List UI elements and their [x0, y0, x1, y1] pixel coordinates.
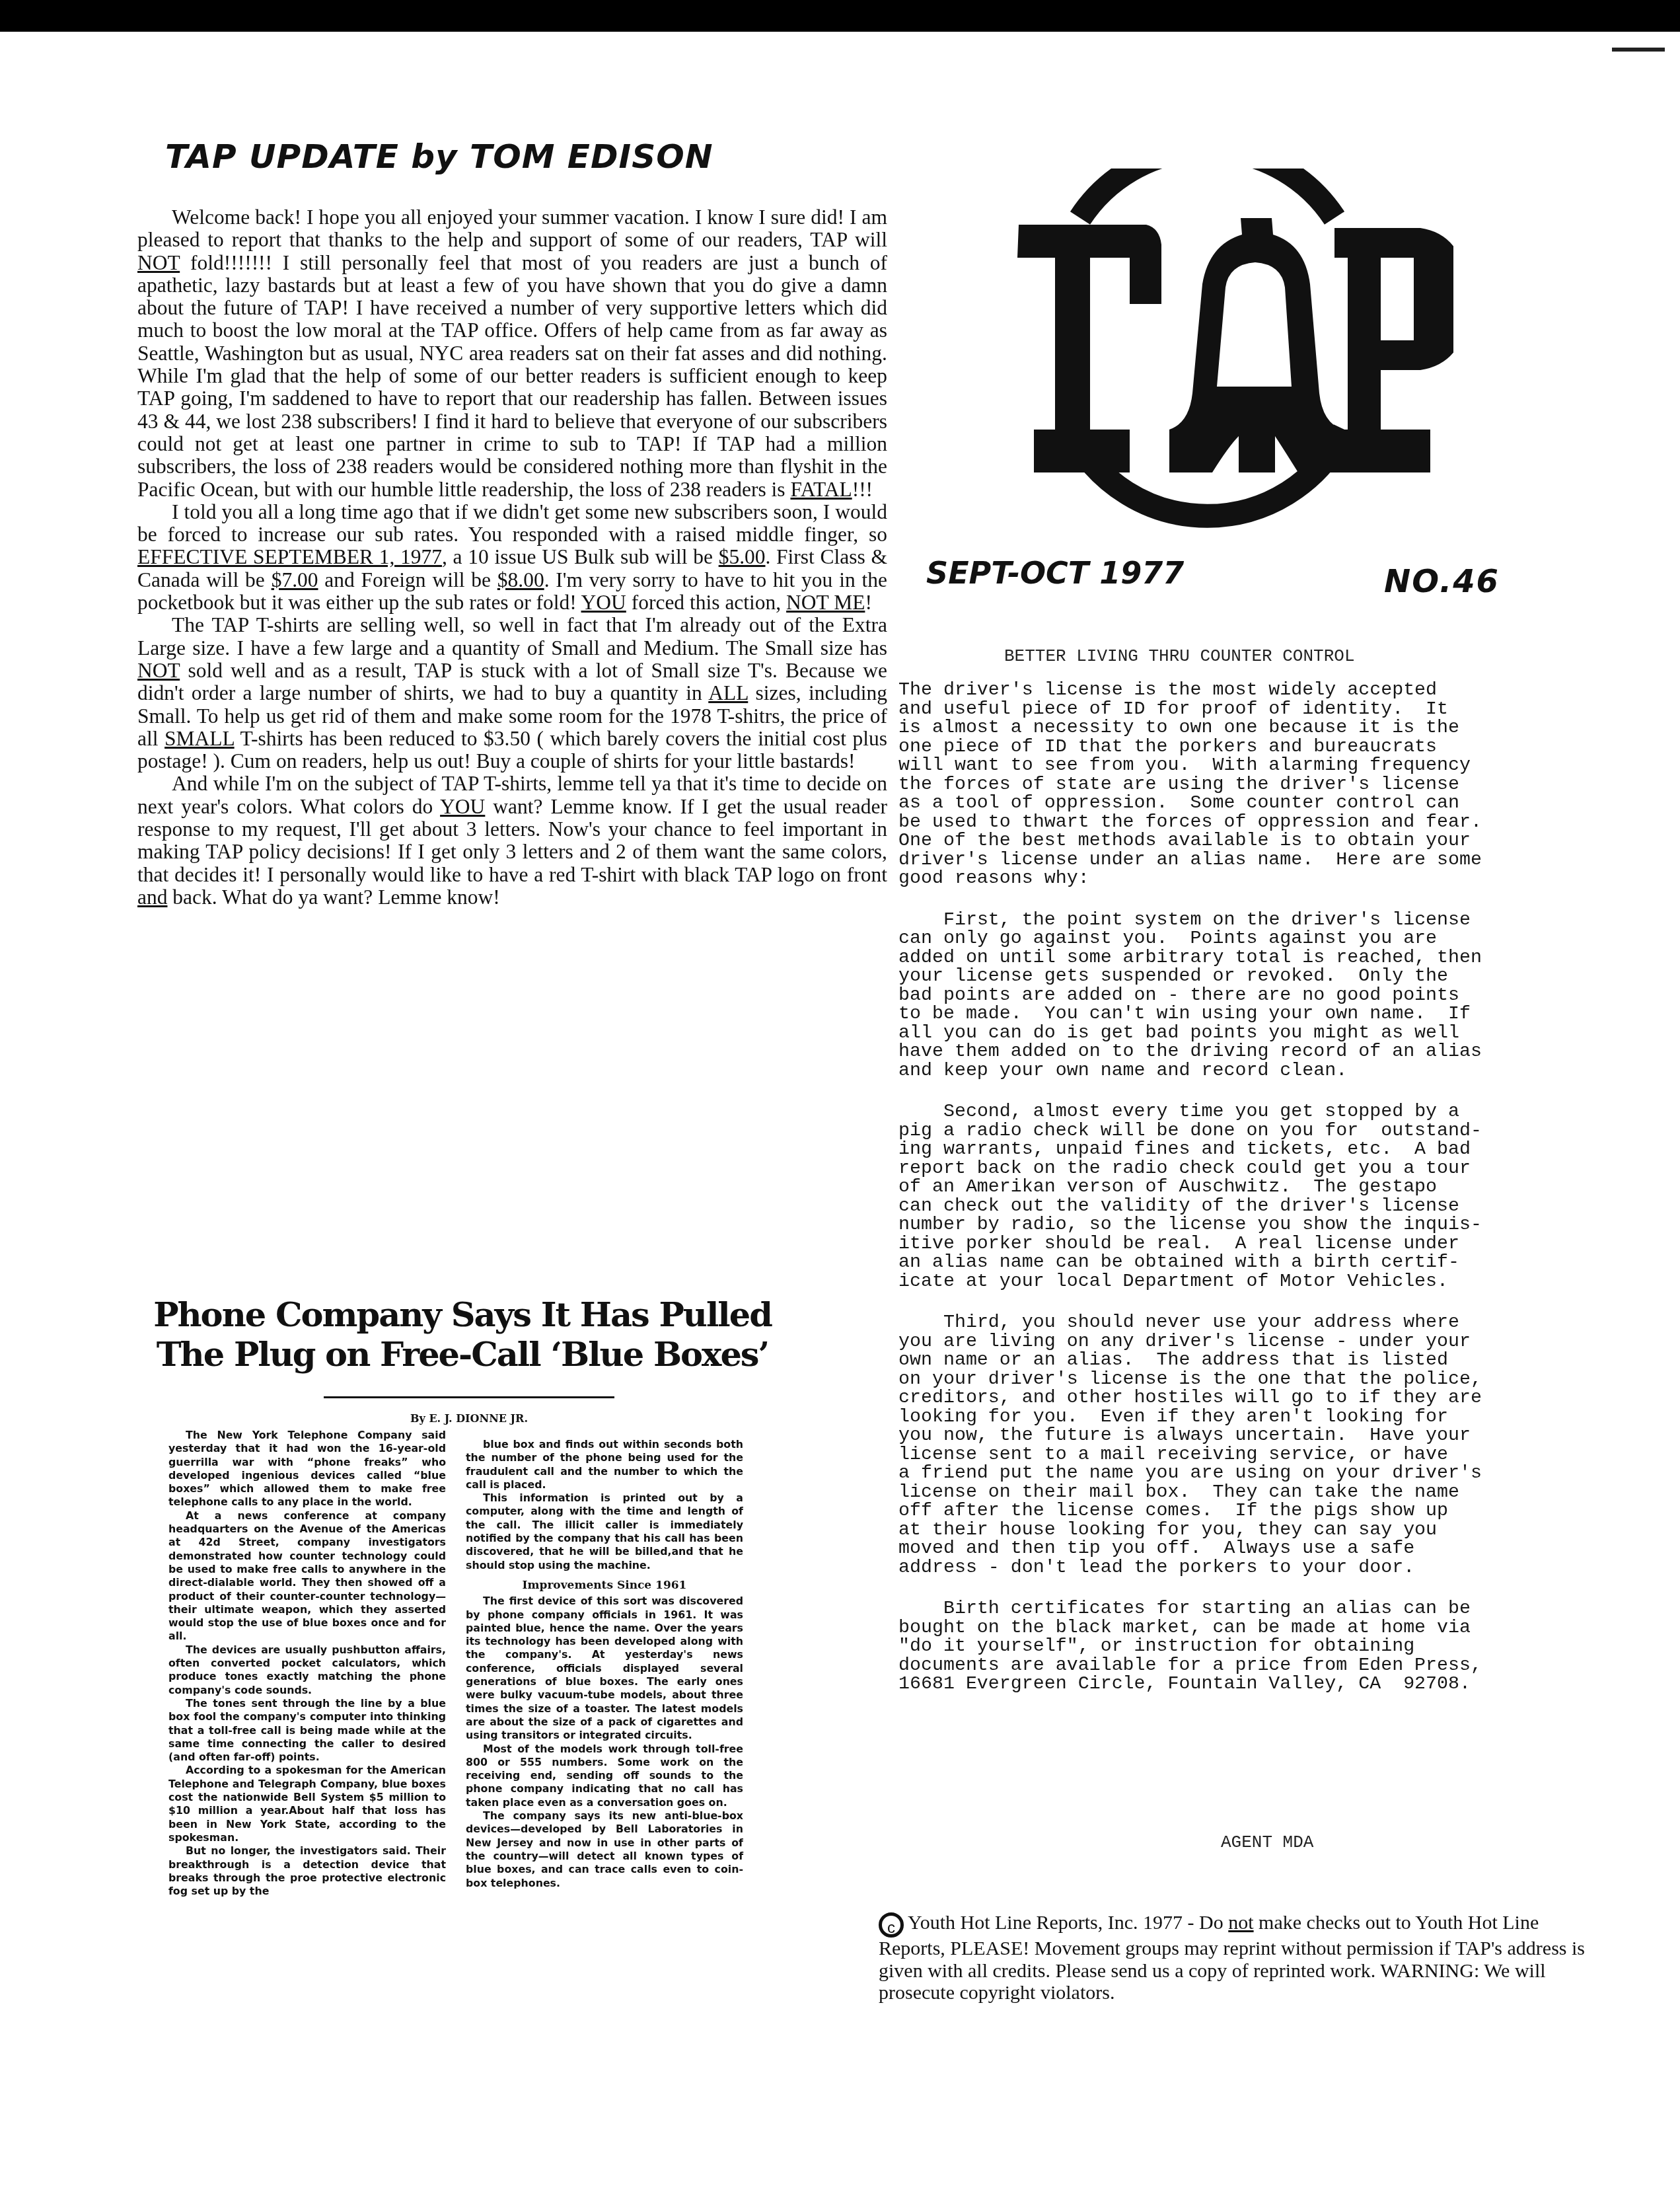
underlined-text: $5.00: [719, 545, 766, 568]
clipping-column-left: The New York Telephone Company said yest…: [168, 1429, 446, 1898]
clipping-headline: Phone Company Says It Has Pulled The Plu…: [152, 1295, 773, 1375]
underlined-text: EFFECTIVE SEPTEMBER 1, 1977: [137, 545, 442, 568]
underlined-text: $7.00: [272, 568, 318, 591]
scan-mark: [1612, 48, 1665, 52]
article-paragraph: Birth certificates for starting an alias…: [898, 1599, 1625, 1694]
clipping-paragraph: This information is printed out by a com…: [466, 1491, 743, 1572]
underlined-text: NOT ME: [786, 591, 865, 614]
underlined-text: SMALL: [164, 727, 235, 750]
underlined-text: NOT: [137, 251, 180, 274]
underlined-text: $8.00: [497, 568, 544, 591]
issue-date: SEPT-OCT 1977: [926, 555, 1184, 591]
paragraph-gap: [898, 1080, 1625, 1102]
clipping-subhead: Improvements Since 1961: [466, 1579, 743, 1592]
clipping-rule: [324, 1396, 614, 1398]
paragraph-gap: [898, 1291, 1625, 1313]
clipping-paragraph: But no longer, the investigators said. T…: [168, 1844, 446, 1898]
article-title: BETTER LIVING THRU COUNTER CONTROL: [1004, 646, 1533, 666]
copyright-icon: c: [879, 1912, 904, 1938]
bell-in-circle-logo-icon: [991, 169, 1453, 565]
clipping-paragraph: The first device of this sort was discov…: [466, 1595, 743, 1742]
article-paragraph: Third, you should never use your address…: [898, 1313, 1625, 1577]
underlined-text: not: [1228, 1912, 1253, 1934]
article-paragraph: First, the point system on the driver's …: [898, 911, 1625, 1080]
update-paragraph: Welcome back! I hope you all enjoyed you…: [137, 206, 887, 501]
update-paragraph: The TAP T-shirts are selling well, so we…: [137, 614, 887, 773]
article-signature: AGENT MDA: [1221, 1832, 1313, 1852]
underlined-text: YOU: [581, 591, 626, 614]
article-paragraph: Second, almost every time you get stoppe…: [898, 1102, 1625, 1291]
update-paragraph: And while I'm on the subject of TAP T-sh…: [137, 773, 887, 909]
update-title: TAP UPDATE by TOM EDISON: [165, 137, 760, 176]
copyright-text: cYouth Hot Line Reports, Inc. 1977 - Do …: [879, 1912, 1592, 2004]
paragraph-gap: [898, 888, 1625, 911]
issue-number: NO.46: [1384, 563, 1500, 600]
copyright-notice: cYouth Hot Line Reports, Inc. 1977 - Do …: [879, 1912, 1592, 2004]
update-paragraph: I told you all a long time ago that if w…: [137, 501, 887, 614]
article-body: The driver's license is the most widely …: [898, 681, 1625, 1694]
clipping-headline-line2: The Plug on Free-Call ‘Blue Boxes’: [152, 1335, 773, 1375]
article-paragraph: The driver's license is the most widely …: [898, 681, 1625, 888]
clipping-paragraph: The company says its new anti-blue-box d…: [466, 1809, 743, 1890]
underlined-text: ALL: [708, 681, 748, 704]
underlined-text: YOU: [440, 795, 485, 818]
underlined-text: FATAL: [790, 478, 852, 501]
clipping-paragraph: At a news conference at company headquar…: [168, 1509, 446, 1643]
clipping-paragraph: blue box and finds out within seconds bo…: [466, 1438, 743, 1491]
clipping-paragraph: Most of the models work through toll-fre…: [466, 1743, 743, 1809]
paragraph-gap: [898, 1577, 1625, 1599]
clipping-headline-line1: Phone Company Says It Has Pulled: [152, 1295, 773, 1335]
update-body: Welcome back! I hope you all enjoyed you…: [137, 206, 887, 909]
clipping-paragraph: The tones sent through the line by a blu…: [168, 1697, 446, 1764]
scan-top-border: [0, 0, 1680, 32]
clipping-paragraph: The devices are usually pushbutton affai…: [168, 1643, 446, 1697]
clipping-byline: By E. J. DIONNE JR.: [370, 1412, 568, 1425]
clipping-paragraph: The New York Telephone Company said yest…: [168, 1429, 446, 1509]
clipping-column-right: blue box and finds out within seconds bo…: [466, 1438, 743, 1890]
clipping-column-right-top: blue box and finds out within seconds bo…: [466, 1438, 743, 1572]
underlined-text: and: [137, 886, 167, 909]
clipping-column-right-bottom: The first device of this sort was discov…: [466, 1595, 743, 1890]
clipping-paragraph: According to a spokesman for the America…: [168, 1764, 446, 1844]
underlined-text: NOT: [137, 659, 180, 682]
